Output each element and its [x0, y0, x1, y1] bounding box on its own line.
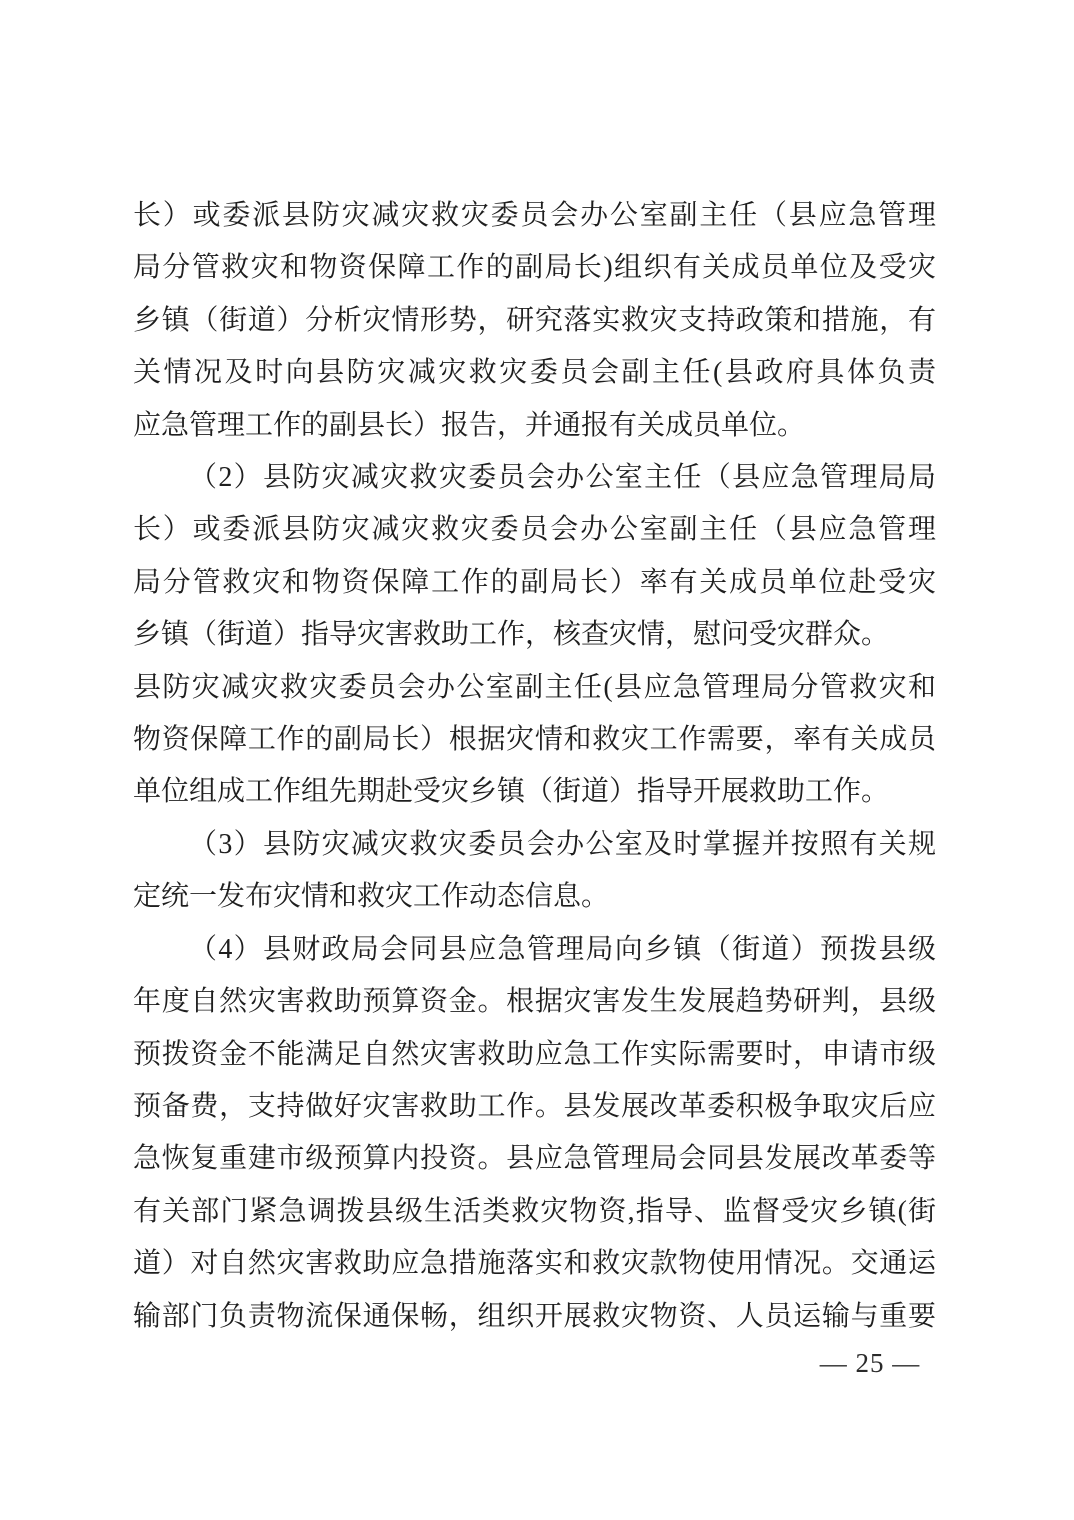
- document-line: 预拨资金不能满足自然灾害救助应急工作实际需要时，申请市级: [133, 1029, 936, 1081]
- document-line: （4）县财政局会同县应急管理局向乡镇（街道）预拨县级: [133, 924, 936, 976]
- document-line: 单位组成工作组先期赴受灾乡镇（街道）指导开展救助工作。: [133, 766, 936, 818]
- document-line: 有关部门紧急调拨县级生活类救灾物资,指导、监督受灾乡镇(街: [133, 1186, 936, 1238]
- document-body: 长）或委派县防灾减灾救灾委员会办公室副主任（县应急管理局分管救灾和物资保障工作的…: [133, 190, 936, 1343]
- document-line: 预备费，支持做好灾害救助工作。县发展改革委积极争取灾后应: [133, 1081, 936, 1133]
- document-line: 物资保障工作的副局长）根据灾情和救灾工作需要，率有关成员: [133, 714, 936, 766]
- document-line: 年度自然灾害救助预算资金。根据灾害发生发展趋势研判，县级: [133, 976, 936, 1028]
- document-line: 局分管救灾和物资保障工作的副局长)组织有关成员单位及受灾: [133, 242, 936, 294]
- document-line: 急恢复重建市级预算内投资。县应急管理局会同县发展改革委等: [133, 1133, 936, 1185]
- document-line: 局分管救灾和物资保障工作的副局长）率有关成员单位赴受灾: [133, 557, 936, 609]
- document-line: 长）或委派县防灾减灾救灾委员会办公室副主任（县应急管理: [133, 504, 936, 556]
- document-line: 乡镇（街道）分析灾情形势，研究落实救灾支持政策和措施，有: [133, 295, 936, 347]
- document-line: 道）对自然灾害救助应急措施落实和救灾款物使用情况。交通运: [133, 1238, 936, 1290]
- document-page: 长）或委派县防灾减灾救灾委员会办公室副主任（县应急管理局分管救灾和物资保障工作的…: [0, 0, 1074, 1520]
- page-number: — 25 —: [790, 1348, 950, 1379]
- document-line: （2）县防灾减灾救灾委员会办公室主任（县应急管理局局: [133, 452, 936, 504]
- document-line: 应急管理工作的副县长）报告，并通报有关成员单位。: [133, 400, 936, 452]
- document-line: 关情况及时向县防灾减灾救灾委员会副主任(县政府具体负责: [133, 347, 936, 399]
- document-line: 长）或委派县防灾减灾救灾委员会办公室副主任（县应急管理: [133, 190, 936, 242]
- document-line: （3）县防灾减灾救灾委员会办公室及时掌握并按照有关规: [133, 819, 936, 871]
- document-line: 县防灾减灾救灾委员会办公室副主任(县应急管理局分管救灾和: [133, 662, 936, 714]
- document-line: 乡镇（街道）指导灾害救助工作，核查灾情，慰问受灾群众。: [133, 609, 936, 661]
- document-line: 定统一发布灾情和救灾工作动态信息。: [133, 871, 936, 923]
- document-line: 输部门负责物流保通保畅，组织开展救灾物资、人员运输与重要: [133, 1291, 936, 1343]
